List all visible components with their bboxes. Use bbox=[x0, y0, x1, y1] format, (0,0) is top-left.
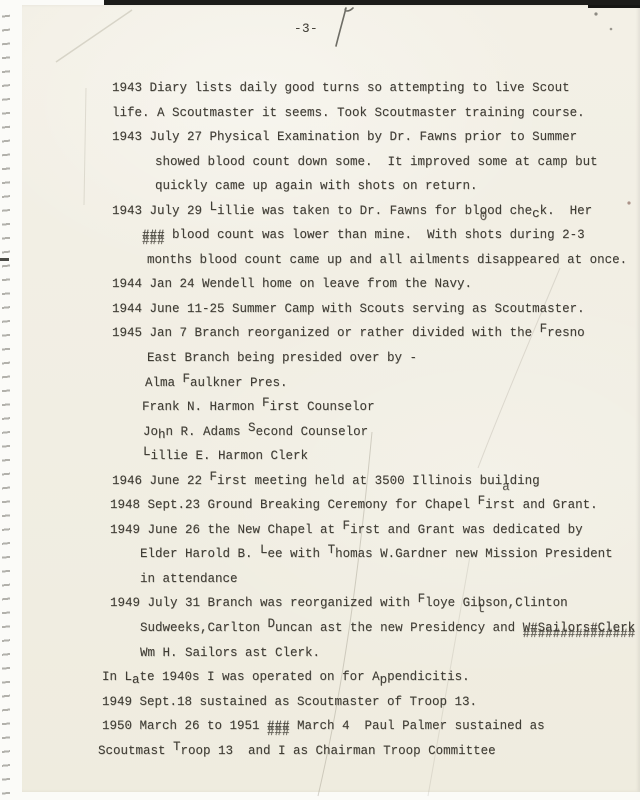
typed-line: ###### blood count was lower than mine. … bbox=[0, 223, 640, 248]
typed-text: illie was taken to Dr. Fawns for bl bbox=[217, 204, 480, 218]
overstruck-text: la bbox=[502, 474, 510, 488]
typed-line: In Late 1940s I was operated on for Appe… bbox=[0, 665, 640, 690]
typed-text: L bbox=[210, 200, 218, 214]
typed-text: aulkner Pres. bbox=[190, 376, 288, 390]
typed-text: 1945 Jan 7 Branch reorganized or rather … bbox=[112, 326, 540, 340]
typed-text: F bbox=[540, 322, 548, 336]
typed-text: loye Gi bbox=[425, 596, 478, 610]
typed-line: Elder Harold B. Lee with Thomas W.Gardne… bbox=[0, 542, 640, 567]
typed-text: Elder Harold B. bbox=[140, 547, 260, 561]
overstrike-layer: a bbox=[502, 475, 510, 500]
typed-text: T bbox=[328, 543, 336, 557]
typed-text: c bbox=[532, 207, 540, 221]
typed-text: March 4 Paul Palmer sustained as bbox=[290, 719, 545, 733]
scanner-edge-bar bbox=[104, 0, 640, 5]
typed-line: 1944 June 11-25 Summer Camp with Scouts … bbox=[0, 297, 640, 322]
typed-line: 1949 Sept.18 sustained as Scoutmaster of… bbox=[0, 690, 640, 715]
typed-line: Sudweeks,Carlton Duncan ast the new Pres… bbox=[0, 616, 640, 641]
typed-text: 1943 Diary lists daily good turns so att… bbox=[112, 81, 570, 95]
typed-line: months blood count came up and all ailme… bbox=[0, 248, 640, 273]
typed-line: life. A Scoutmaster it seems. Took Scout… bbox=[0, 101, 640, 126]
typed-text: Jo bbox=[143, 425, 158, 439]
typed-text: 1950 March 26 to 1951 bbox=[102, 719, 267, 733]
typed-line: 1950 March 26 to 1951 ###### March 4 Pau… bbox=[0, 714, 640, 739]
typed-line: 1943 July 27 Physical Examination by Dr.… bbox=[0, 125, 640, 150]
typed-text-block: 1943 Diary lists daily good turns so att… bbox=[0, 76, 640, 763]
typed-text: Frank N. Harmon bbox=[142, 400, 262, 414]
typed-text: 1948 Sept.23 Ground Breaking Ceremony fo… bbox=[110, 498, 478, 512]
typed-text: F bbox=[478, 494, 486, 508]
typed-line: Alma Faulkner Pres. bbox=[0, 371, 640, 396]
overstruck-text: ###### bbox=[142, 228, 165, 242]
typed-text: irst and Grant was dedicated by bbox=[350, 523, 583, 537]
typed-text: 1946 June 22 bbox=[112, 474, 210, 488]
typed-line: Lillie E. Harmon Clerk bbox=[0, 444, 640, 469]
typed-text: 1943 July 27 Physical Examination by Dr.… bbox=[112, 130, 577, 144]
typed-text: ee with bbox=[268, 547, 328, 561]
typed-text: son,Clinton bbox=[485, 596, 568, 610]
typed-text: Sudweeks,Carlton bbox=[140, 621, 268, 635]
typed-text: F bbox=[210, 470, 218, 484]
typed-line: Scoutmast Troop 13 and I as Chairman Tro… bbox=[0, 739, 640, 764]
overstrike-layer: ############### bbox=[523, 622, 636, 647]
overstrike-layer: t bbox=[478, 597, 486, 622]
typed-text: F bbox=[183, 372, 191, 386]
typed-text: East Branch being presided over by - bbox=[147, 351, 417, 365]
typed-text: life. A Scoutmaster it seems. Took Scout… bbox=[112, 106, 585, 120]
typed-line: 1943 Diary lists daily good turns so att… bbox=[0, 76, 640, 101]
typed-text: D bbox=[268, 617, 276, 631]
typed-text: econd Counselor bbox=[256, 425, 369, 439]
typed-text: h bbox=[158, 428, 166, 442]
scanned-document-page: -3- 1943 Diary lists daily good turns so… bbox=[0, 0, 640, 800]
typed-text: irst and Grant. bbox=[485, 498, 598, 512]
typed-text: homas W.Gardner new Mission President bbox=[335, 547, 613, 561]
typed-text: 1949 June 26 the New Chapel at bbox=[110, 523, 343, 537]
page-number: -3- bbox=[294, 22, 318, 36]
typed-text: S bbox=[248, 421, 256, 435]
typed-text: 1943 July 29 bbox=[112, 204, 210, 218]
typed-line: 1946 June 22 First meeting held at 3500 … bbox=[0, 469, 640, 494]
typed-text: Scoutmast bbox=[98, 744, 173, 758]
typed-text: roop 13 and I as Chairman Troop Committe… bbox=[181, 744, 496, 758]
typed-text: k. Her bbox=[540, 204, 593, 218]
typed-line: in attendance bbox=[0, 567, 640, 592]
typed-line: 1948 Sept.23 Ground Breaking Ceremony fo… bbox=[0, 493, 640, 518]
typed-text: F bbox=[418, 592, 426, 606]
typed-text: irst Counselor bbox=[270, 400, 375, 414]
overstruck-text: bt bbox=[478, 596, 486, 610]
typed-line: 1944 Jan 24 Wendell home on leave from t… bbox=[0, 272, 640, 297]
typed-line: 1949 June 26 the New Chapel at First and… bbox=[0, 518, 640, 543]
typed-text: Wm H. Sailors ast Clerk. bbox=[140, 646, 320, 660]
overstruck-text: o0 bbox=[480, 204, 488, 218]
overstruck-text: ###### bbox=[267, 719, 290, 733]
typed-text: illie E. Harmon Clerk bbox=[151, 449, 309, 463]
typed-line: Frank N. Harmon First Counselor bbox=[0, 395, 640, 420]
typed-text: quickly came up again with shots on retu… bbox=[155, 179, 478, 193]
typed-text: 1949 July 31 Branch was reorganized with bbox=[110, 596, 418, 610]
typed-text: od che bbox=[487, 204, 532, 218]
typed-text: months blood count came up and all ailme… bbox=[147, 253, 627, 267]
typed-line: 1943 July 29 Lillie was taken to Dr. Faw… bbox=[0, 199, 640, 224]
typed-line: East Branch being presided over by - bbox=[0, 346, 640, 371]
typed-text: 1944 Jan 24 Wendell home on leave from t… bbox=[112, 277, 472, 291]
typed-text: F bbox=[343, 519, 351, 533]
overstrike-layer: ### bbox=[267, 720, 290, 745]
typed-text: resno bbox=[547, 326, 585, 340]
overstrike-layer: ### bbox=[142, 229, 165, 254]
typed-text: T bbox=[173, 740, 181, 754]
typed-text: a bbox=[132, 673, 140, 687]
typed-text: p bbox=[380, 673, 388, 687]
typed-line: quickly came up again with shots on retu… bbox=[0, 174, 640, 199]
typed-text: uncan ast the new Presidency and bbox=[275, 621, 523, 635]
typed-text: pendicitis. bbox=[387, 670, 470, 684]
typed-text: ding bbox=[510, 474, 540, 488]
typed-text: F bbox=[262, 396, 270, 410]
typed-text: n R. Adams bbox=[166, 425, 249, 439]
typed-line: John R. Adams Second Counselor bbox=[0, 420, 640, 445]
typed-text: L bbox=[143, 445, 151, 459]
typed-text: in attendance bbox=[140, 572, 238, 586]
typed-text: 1949 Sept.18 sustained as Scoutmaster of… bbox=[102, 695, 477, 709]
typed-text: showed blood count down some. It improve… bbox=[155, 155, 598, 169]
typed-line: 1945 Jan 7 Branch reorganized or rather … bbox=[0, 321, 640, 346]
typed-text: blood count was lower than mine. With sh… bbox=[165, 228, 585, 242]
typed-text: irst meeting held at 3500 Illinois bui bbox=[217, 474, 502, 488]
typed-text: L bbox=[260, 543, 268, 557]
typed-line: 1949 July 31 Branch was reorganized with… bbox=[0, 591, 640, 616]
typed-text: te 1940s I was operated on for A bbox=[140, 670, 380, 684]
typed-line: showed blood count down some. It improve… bbox=[0, 150, 640, 175]
overstrike-layer: 0 bbox=[480, 205, 488, 230]
typed-text: In L bbox=[102, 670, 132, 684]
typed-text: Alma bbox=[145, 376, 183, 390]
typed-text: 1944 June 11-25 Summer Camp with Scouts … bbox=[112, 302, 585, 316]
overstruck-text: W#Sailors#Clerk############### bbox=[523, 621, 636, 635]
